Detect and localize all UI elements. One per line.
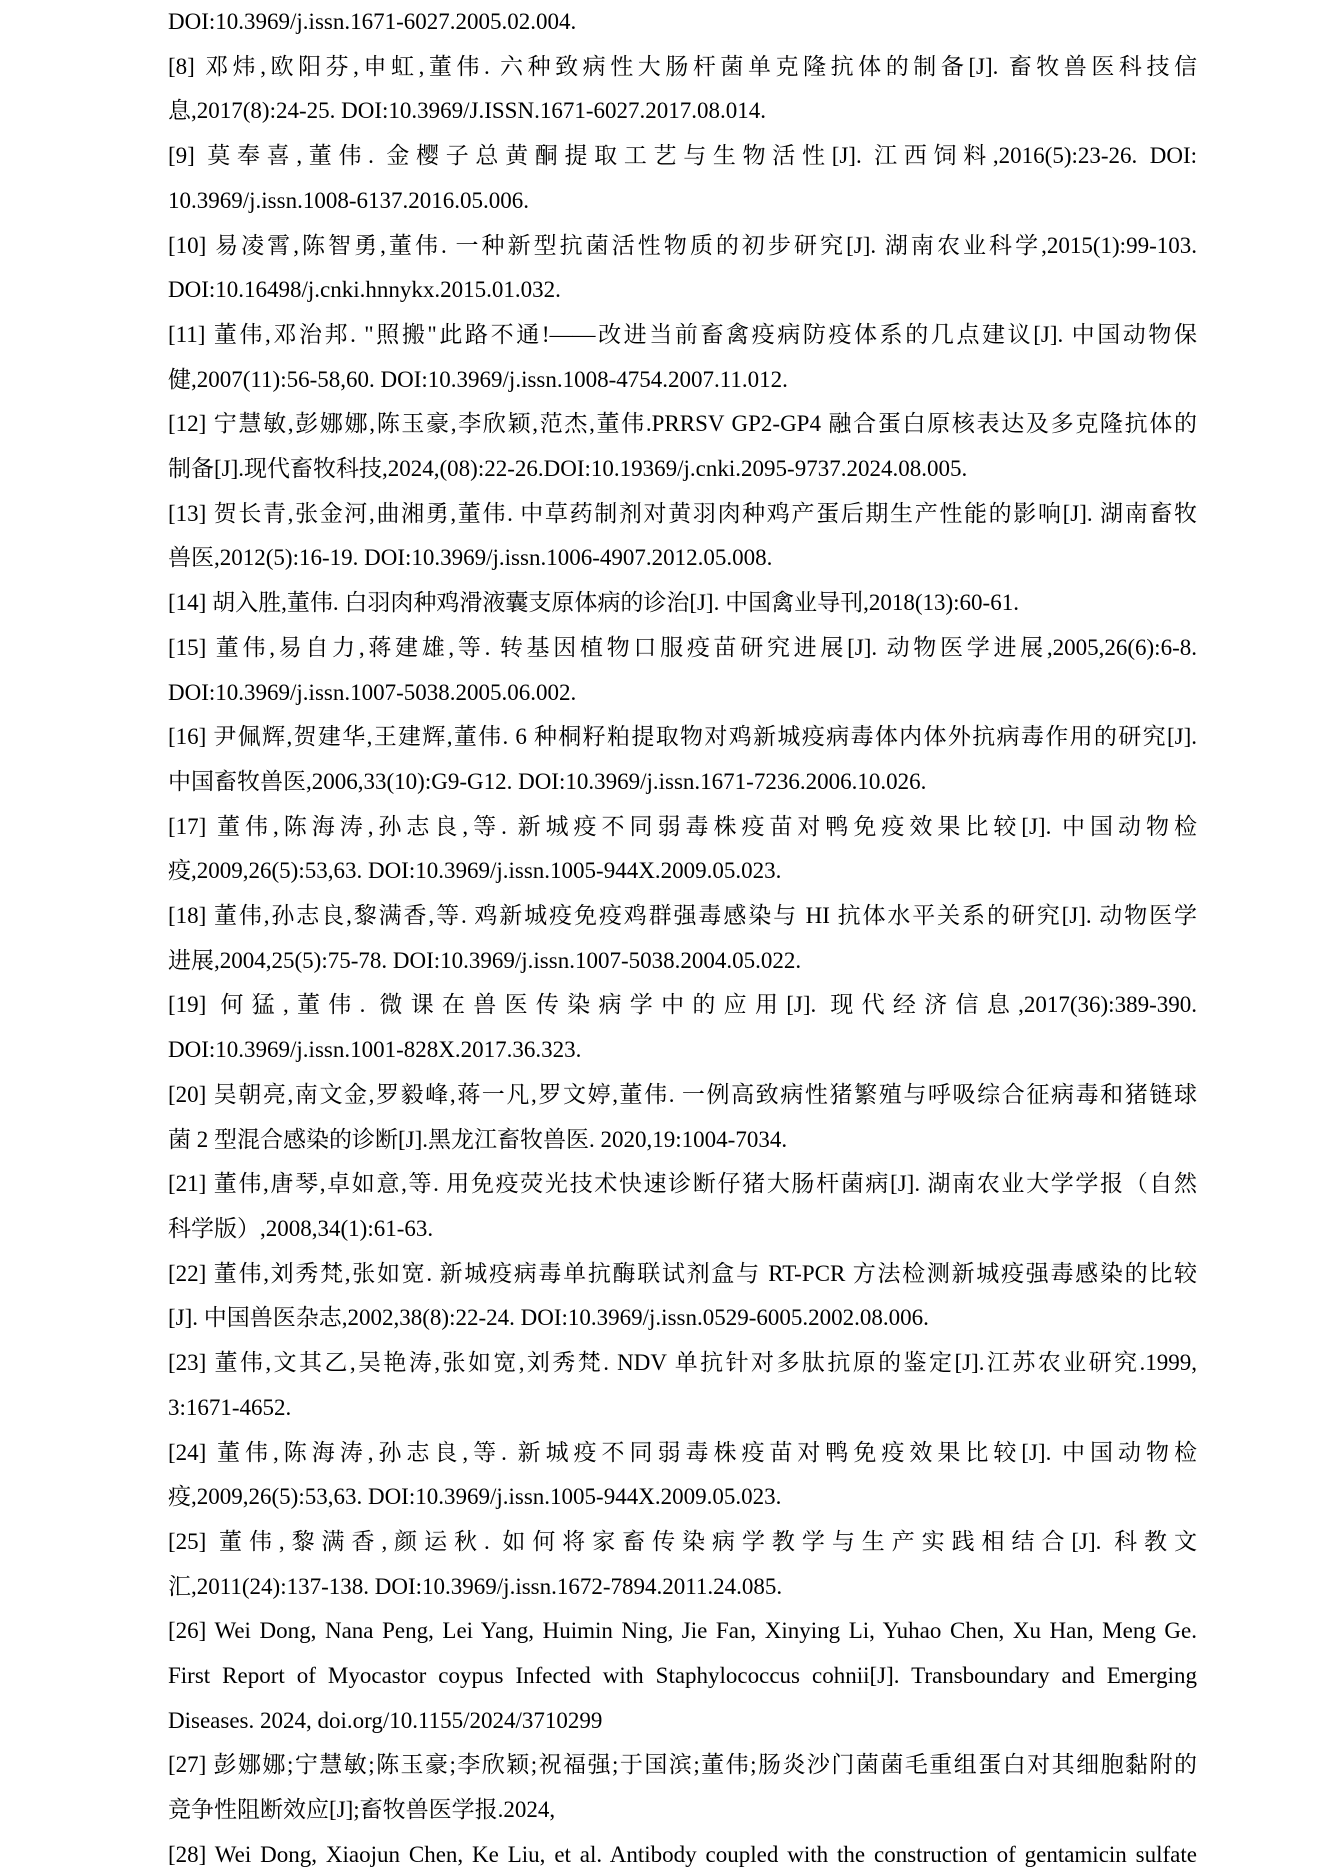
reference-line: [24] 董伟,陈海涛,孙志良,等. 新城疫不同弱毒株疫苗对鸭免疫效果比较[J]… bbox=[168, 1431, 1197, 1476]
reference-line: [15] 董伟,易自力,蒋建雄,等. 转基因植物口服疫苗研究进展[J]. 动物医… bbox=[168, 626, 1197, 671]
reference-line: [27] 彭娜娜;宁慧敏;陈玉豪;李欣颖;祝福强;于国滨;董伟;肠炎沙门菌菌毛重… bbox=[168, 1743, 1197, 1788]
reference-line: 疫,2009,26(5):53,63. DOI:10.3969/j.issn.1… bbox=[168, 1475, 1197, 1520]
reference-line: 息,2017(8):24-25. DOI:10.3969/J.ISSN.1671… bbox=[168, 89, 1197, 134]
reference-line: [22] 董伟,刘秀梵,张如宽. 新城疫病毒单抗酶联试剂盒与 RT-PCR 方法… bbox=[168, 1252, 1197, 1297]
reference-line: [19] 何猛,董伟. 微课在兽医传染病学中的应用[J]. 现代经济信息,201… bbox=[168, 983, 1197, 1028]
reference-line: [9] 莫奉喜,董伟. 金樱子总黄酮提取工艺与生物活性[J]. 江西饲料,201… bbox=[168, 134, 1197, 179]
reference-line: 菌 2 型混合感染的诊断[J].黑龙江畜牧兽医. 2020,19:1004-70… bbox=[168, 1118, 1197, 1163]
reference-line: 制备[J].现代畜牧科技,2024,(08):22-26.DOI:10.1936… bbox=[168, 447, 1197, 492]
reference-line: [10] 易凌霄,陈智勇,董伟. 一种新型抗菌活性物质的初步研究[J]. 湖南农… bbox=[168, 224, 1197, 269]
reference-line: 疫,2009,26(5):53,63. DOI:10.3969/j.issn.1… bbox=[168, 849, 1197, 894]
reference-line: [25] 董伟,黎满香,颜运秋. 如何将家畜传染病学教学与生产实践相结合[J].… bbox=[168, 1520, 1197, 1565]
reference-line: [11] 董伟,邓治邦. "照搬"此路不通!——改进当前畜禽疫病防疫体系的几点建… bbox=[168, 313, 1197, 358]
reference-line: [17] 董伟,陈海涛,孙志良,等. 新城疫不同弱毒株疫苗对鸭免疫效果比较[J]… bbox=[168, 805, 1197, 850]
reference-line: Diseases. 2024, doi.org/10.1155/2024/371… bbox=[168, 1699, 1197, 1744]
reference-line: [18] 董伟,孙志良,黎满香,等. 鸡新城疫免疫鸡群强毒感染与 HI 抗体水平… bbox=[168, 894, 1197, 939]
reference-line: 中国畜牧兽医,2006,33(10):G9-G12. DOI:10.3969/j… bbox=[168, 760, 1197, 805]
reference-line: DOI:10.3969/j.issn.1671-6027.2005.02.004… bbox=[168, 0, 1197, 45]
reference-line: [J]. 中国兽医杂志,2002,38(8):22-24. DOI:10.396… bbox=[168, 1296, 1197, 1341]
reference-line: 汇,2011(24):137-138. DOI:10.3969/j.issn.1… bbox=[168, 1565, 1197, 1610]
reference-line: 兽医,2012(5):16-19. DOI:10.3969/j.issn.100… bbox=[168, 536, 1197, 581]
reference-line: 3:1671-4652. bbox=[168, 1386, 1197, 1431]
reference-line: 10.3969/j.issn.1008-6137.2016.05.006. bbox=[168, 179, 1197, 224]
reference-line: [26] Wei Dong, Nana Peng, Lei Yang, Huim… bbox=[168, 1609, 1197, 1654]
reference-line: DOI:10.3969/j.issn.1001-828X.2017.36.323… bbox=[168, 1028, 1197, 1073]
reference-line: [14] 胡入胜,董伟. 白羽肉种鸡滑液囊支原体病的诊治[J]. 中国禽业导刊,… bbox=[168, 581, 1197, 626]
reference-line: [13] 贺长青,张金河,曲湘勇,董伟. 中草药制剂对黄羽肉种鸡产蛋后期生产性能… bbox=[168, 492, 1197, 537]
reference-line: [16] 尹佩辉,贺建华,王建辉,董伟. 6 种桐籽粕提取物对鸡新城疫病毒体内体… bbox=[168, 715, 1197, 760]
reference-line: [28] Wei Dong, Xiaojun Chen, Ke Liu, et … bbox=[168, 1833, 1197, 1871]
reference-line: [12] 宁慧敏,彭娜娜,陈玉豪,李欣颖,范杰,董伟.PRRSV GP2-GP4… bbox=[168, 402, 1197, 447]
reference-line: DOI:10.16498/j.cnki.hnnykx.2015.01.032. bbox=[168, 268, 1197, 313]
reference-line: First Report of Myocastor coypus Infecte… bbox=[168, 1654, 1197, 1699]
reference-line: 科学版）,2008,34(1):61-63. bbox=[168, 1207, 1197, 1252]
reference-line: 进展,2004,25(5):75-78. DOI:10.3969/j.issn.… bbox=[168, 939, 1197, 984]
reference-line: [23] 董伟,文其乙,吴艳涛,张如宽,刘秀梵. NDV 单抗针对多肽抗原的鉴定… bbox=[168, 1341, 1197, 1386]
reference-line: 竞争性阻断效应[J];畜牧兽医学报.2024, bbox=[168, 1788, 1197, 1833]
reference-line: 健,2007(11):56-58,60. DOI:10.3969/j.issn.… bbox=[168, 358, 1197, 403]
reference-line: [8] 邓炜,欧阳芬,申虹,董伟. 六种致病性大肠杆菌单克隆抗体的制备[J]. … bbox=[168, 45, 1197, 90]
reference-line: [20] 吴朝亮,南文金,罗毅峰,蒋一凡,罗文婷,董伟. 一例高致病性猪繁殖与呼… bbox=[168, 1073, 1197, 1118]
document-page: DOI:10.3969/j.issn.1671-6027.2005.02.004… bbox=[0, 0, 1323, 1871]
reference-line: DOI:10.3969/j.issn.1007-5038.2005.06.002… bbox=[168, 671, 1197, 716]
reference-line: [21] 董伟,唐琴,卓如意,等. 用免疫荧光技术快速诊断仔猪大肠杆菌病[J].… bbox=[168, 1162, 1197, 1207]
